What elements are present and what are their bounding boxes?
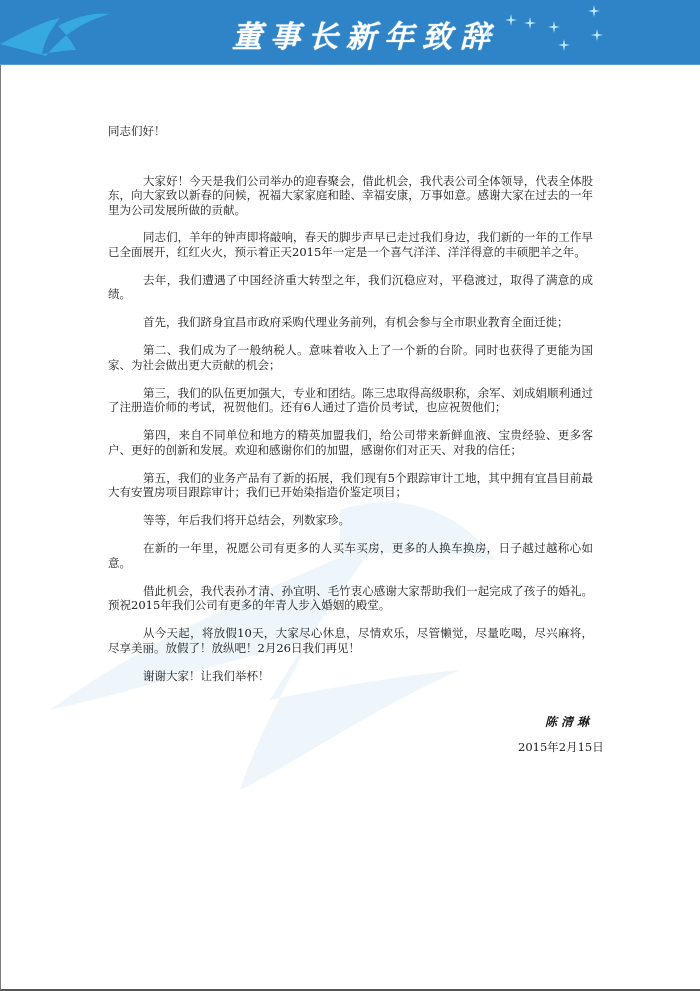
star-icon: [591, 29, 603, 41]
bird-logo-icon: [0, 8, 120, 58]
paragraph: 第五，我们的业务产品有了新的拓展，我们现有5个跟踪审计工地，其中拥有宜昌目前最大…: [108, 471, 593, 500]
paragraph: 等等，年后我们将开总结会，列数家珍。: [108, 513, 593, 528]
paragraph: 同志们，羊年的钟声即将敲响，春天的脚步声早已走过我们身边，我们新的一年的工作早已…: [108, 230, 593, 259]
star-icon: [505, 14, 517, 26]
letter-body: 同志们好！ 大家好！今天是我们公司举办的迎春聚会，借此机会，我代表公司全体领导，…: [108, 124, 593, 697]
star-icon: [524, 17, 536, 29]
signature: 陈清琳: [545, 713, 593, 730]
paragraph: 谢谢大家！让我们举杯！: [108, 669, 593, 684]
star-icon: [588, 5, 600, 17]
greeting: 同志们好！: [108, 124, 593, 139]
star-icon: [548, 21, 560, 33]
paragraph: 去年，我们遭遇了中国经济重大转型之年，我们沉稳应对，平稳渡过，取得了满意的成绩。: [108, 273, 593, 302]
paragraph: 从今天起，将放假10天，大家尽心休息，尽情欢乐，尽管懒觉，尽量吃喝，尽兴麻将，尽…: [108, 626, 593, 655]
star-icon: [482, 28, 494, 40]
paragraph: 第三，我们的队伍更加强大，专业和团结。陈三忠取得高级职称，余军、刘成娟顺利通过了…: [108, 386, 593, 415]
date: 2015年2月15日: [518, 739, 604, 755]
paragraph: 首先，我们跻身宜昌市政府采购代理业务前列，有机会参与全市职业教育全面迁徙；: [108, 315, 593, 330]
paragraph: 第二、我们成为了一般纳税人。意味着收入上了一个新的台阶。同时也获得了更能为国家、…: [108, 343, 593, 372]
paragraph: 第四，来自不同单位和地方的精英加盟我们，给公司带来新鲜血液、宝贵经验、更多客户、…: [108, 428, 593, 457]
page-title: 董事长新年致辞: [232, 12, 498, 56]
header-banner: 董事长新年致辞: [0, 0, 700, 65]
paragraph: 借此机会，我代表孙才清、孙宜明、毛竹衷心感谢大家帮助我们一起完成了孩子的婚礼。预…: [108, 584, 593, 613]
star-icon: [558, 39, 570, 51]
paragraph: 在新的一年里，祝愿公司有更多的人买车买房，更多的人换车换房，日子越过越称心如意。: [108, 541, 593, 570]
paragraph: 大家好！今天是我们公司举办的迎春聚会，借此机会，我代表公司全体领导，代表全体股东…: [108, 174, 593, 218]
